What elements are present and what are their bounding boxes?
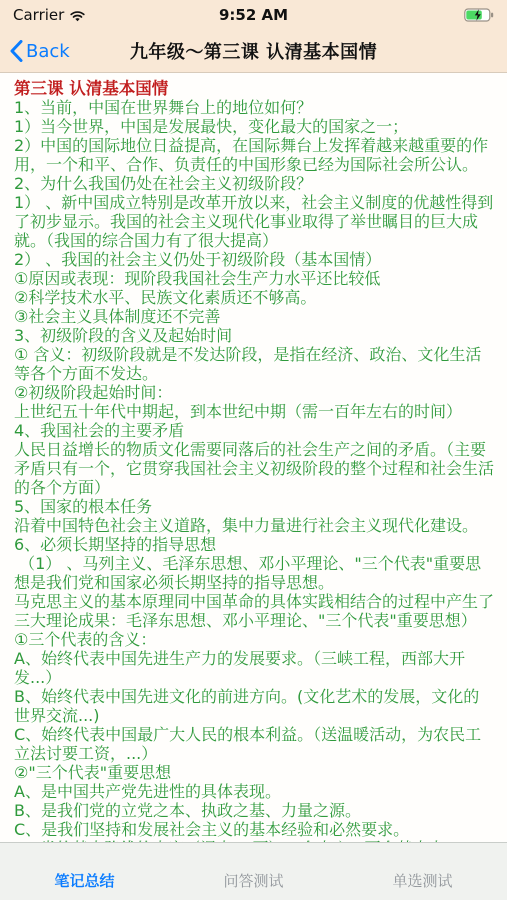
note-line: C、始终代表中国最广大人民的根本利益。（送温暖活动，为农民工立法讨要工资，...… [14,725,495,763]
battery-charging-icon [464,8,494,22]
note-line: 2、为什么我国仍处在社会主义初级阶段？ [14,174,495,193]
header: Carrier 9:52 AM [0,0,507,73]
note-line: ②"三个代表"重要思想 [14,763,495,782]
note-line: 2） 、我国的社会主义仍处于初级阶段（基本国情） [14,250,495,269]
note-line: A、是中国共产党先进性的具体表现。 [14,782,495,801]
note-line: B、是我们党的立党之本、执政之基、力量之源。 [14,801,495,820]
back-button[interactable]: Back [0,30,80,72]
note-line: 4、我国社会的主要矛盾 [14,421,495,440]
nav-bar: Back 九年级～第三课 认清基本国情 [0,30,507,72]
tab-单选测试[interactable]: 单选测试 [338,843,507,900]
note-line: 3、初级阶段的含义及起始时间 [14,326,495,345]
note-line: 人民日益增长的物质文化需要同落后的社会生产之间的矛盾。（主要矛盾只有一个，它贯穿… [14,440,495,497]
notes-list: 1、当前，中国在世界舞台上的地位如何？ 1）当今世界，中国是发展最快，变化最大的… [14,98,495,842]
note-line: ①原因或表现：现阶段我国社会生产力水平还比较低 [14,269,495,288]
note-line: C、是我们坚持和发展社会主义的基本经验和必然要求。 [14,820,495,839]
note-line: ②科学技术水平、民族文化素质还不够高。 [14,288,495,307]
note-line: 1）当今世界，中国是发展最快，变化最大的国家之一； [14,117,495,136]
note-line: A、始终代表中国先进生产力的发展要求。（三峡工程，西部大开发...） [14,649,495,687]
note-line: （1） 、马列主义、毛泽东思想、邓小平理论、"三个代表"重要思想是我们党和国家必… [14,554,495,592]
note-line: 2）中国的国际地位日益提高，在国际舞台上发挥着越来越重要的作用，一个和平、合作、… [14,136,495,174]
tab-bar: 笔记总结 问答测试 单选测试 [0,842,507,900]
note-line: ① 含义：初级阶段就是不发达阶段，是指在经济、政治、文化生活等各个方面不发达。 [14,345,495,383]
note-line: ②初级阶段起始时间： [14,383,495,402]
back-label: Back [26,41,70,62]
note-line: 马克思主义的基本原理同中国革命的具体实践相结合的过程中产生了三大理论成果：毛泽东… [14,592,495,630]
tab-问答测试[interactable]: 问答测试 [169,843,338,900]
note-line: 沿着中国特色社会主义道路，集中力量进行社会主义现代化建设。 [14,516,495,535]
app-screen: Carrier 9:52 AM [0,0,507,900]
lesson-heading: 第三课 认清基本国情 [14,79,495,98]
status-bar: Carrier 9:52 AM [0,0,507,30]
note-line: B、始终代表中国先进文化的前进方向。(文化艺术的发展，文化的世界交流...) [14,687,495,725]
note-line: 1） 、新中国成立特别是改革开放以来，社会主义制度的优越性得到了初步显示。我国的… [14,193,495,250]
note-line: 上世纪五十年代中期起，到本世纪中期（需一百年左右的时间） [14,402,495,421]
notes-scroll-area[interactable]: 第三课 认清基本国情 1、当前，中国在世界舞台上的地位如何？ 1）当今世界，中国… [0,73,507,842]
wifi-icon [69,9,86,22]
chevron-left-icon [10,40,23,62]
note-line: ③社会主义具体制度还不完善 [14,307,495,326]
carrier-label: Carrier [13,6,64,24]
note-line: 6、必须长期坚持的指导思想 [14,535,495,554]
tab-笔记总结[interactable]: 笔记总结 [0,843,169,900]
note-line: 1、当前，中国在世界舞台上的地位如何？ [14,98,495,117]
note-line: ①三个代表的含义： [14,630,495,649]
note-line: 5、国家的根本任务 [14,497,495,516]
